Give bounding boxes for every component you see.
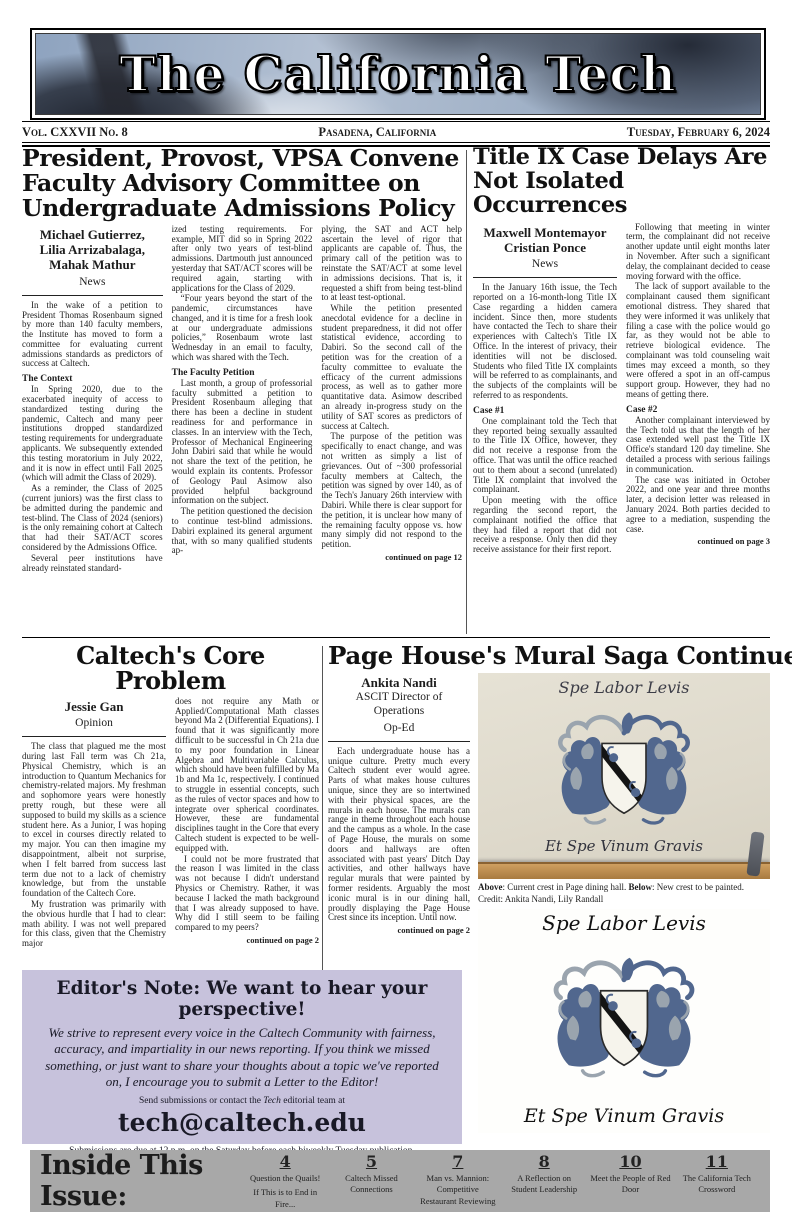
- crest-motto-top: Spe Labor Levis: [478, 678, 770, 697]
- inside-page-number: 7: [418, 1152, 498, 1171]
- article-paragraph: The purpose of the petition was specific…: [321, 432, 462, 550]
- mural-headline: Page House's Mural Saga Continues: [328, 643, 770, 669]
- article-admissions: President, Provost, VPSA Convene Faculty…: [22, 146, 462, 637]
- article-paragraph: The petition questioned the decision to …: [172, 507, 313, 556]
- caption-above-text: : Current crest in Page dining hall.: [503, 882, 629, 892]
- editors-note-title: Editor's Note: We want to hear your pers…: [36, 978, 448, 1020]
- titleix-continued: continued on page 3: [626, 536, 770, 546]
- inside-item: 7 Man vs. Mannion: Competitive Restauran…: [415, 1152, 501, 1209]
- masthead-palm-photo: The California Tech: [35, 33, 761, 115]
- masthead: The California Tech: [30, 28, 766, 120]
- article-core-problem: Caltech's Core Problem Jessie Gan Opinio…: [22, 643, 319, 989]
- inside-page-number: 10: [590, 1152, 670, 1171]
- contact-tech-name: Tech: [263, 1096, 281, 1106]
- page-house-crest-photo: Spe Labor Levis Et Spe Vinum Gravis: [478, 673, 770, 879]
- contact-suffix: editorial team at: [281, 1096, 345, 1106]
- admissions-col3: plying, the SAT and ACT help ascertain t…: [321, 225, 462, 637]
- inside-item: 8 A Reflection on Student Leadership: [501, 1152, 587, 1209]
- article-paragraph: The case was initiated in October 2022, …: [626, 476, 770, 535]
- article-paragraph: Last month, a group of professorial facu…: [172, 379, 313, 506]
- article-paragraph: The class that plagued me the most durin…: [22, 742, 166, 899]
- article-paragraph: In the wake of a petition to President T…: [22, 301, 163, 370]
- admissions-authors: Michael Gutierrez, Lilia Arrizabalaga, M…: [26, 227, 159, 273]
- core-byline: Jessie Gan Opinion: [22, 697, 166, 737]
- crest-illustration: [478, 937, 770, 1097]
- article-paragraph: “Four years beyond the start of the pand…: [172, 294, 313, 363]
- editors-note-box: Editor's Note: We want to hear your pers…: [22, 970, 462, 1144]
- inside-item-title: The California Tech Crossword: [677, 1173, 757, 1195]
- core-col2: does not require any Math or Applied/Com…: [175, 697, 319, 989]
- caption-above-label: Above: [478, 882, 503, 892]
- crest-motto-bottom: Et Spe Vinum Gravis: [478, 1105, 770, 1127]
- inside-items: 4 Question the Quails! If This is to End…: [242, 1152, 760, 1209]
- titleix-headline: Title IX Case Delays Are Not Isolated Oc…: [473, 146, 770, 218]
- inside-item-subtitle: If This is to End in Fire...: [245, 1187, 325, 1209]
- editors-note-contact-line: Send submissions or contact the Tech edi…: [36, 1096, 448, 1106]
- photo-caption: Above: Current crest in Page dining hall…: [478, 882, 770, 905]
- core-continued: continued on page 2: [175, 935, 319, 945]
- admissions-section: News: [26, 276, 159, 288]
- article-paragraph: My frustration was primarily with the ob…: [22, 900, 166, 949]
- inside-item-title: Question the Quails!: [245, 1173, 325, 1184]
- crest-motto-bottom: Et Spe Vinum Gravis: [478, 837, 770, 855]
- publication-date: Tuesday, February 6, 2024: [627, 125, 770, 140]
- section-divider: [22, 637, 770, 638]
- core-col1: Jessie Gan Opinion The class that plague…: [22, 697, 166, 989]
- admissions-subhead-context: The Context: [22, 374, 163, 384]
- inside-page-number: 11: [677, 1152, 757, 1171]
- crest-illustration: [478, 693, 770, 843]
- new-crest-drawing: Spe Labor Levis Et Spe Vinum Gravis: [478, 909, 770, 1133]
- titleix-col2: Following that meeting in winter term, t…: [626, 223, 770, 647]
- inside-page-number: 8: [504, 1152, 584, 1171]
- titleix-section: News: [477, 258, 613, 270]
- article-paragraph: does not require any Math or Applied/Com…: [175, 697, 319, 854]
- inside-item-title: Caltech Missed Connections: [331, 1173, 411, 1195]
- contact-prefix: Send submissions or contact the: [139, 1096, 263, 1106]
- newspaper-page: The California Tech Vol. CXXVII No. 8 Pa…: [0, 0, 792, 1224]
- inside-item-title: A Reflection on Student Leadership: [504, 1173, 584, 1195]
- article-paragraph: Each undergraduate house has a unique cu…: [328, 747, 470, 923]
- inside-issue-label: Inside This Issue:: [40, 1150, 242, 1212]
- inside-item: 5 Caltech Missed Connections: [328, 1152, 414, 1209]
- article-paragraph: In Spring 2020, due to the exacerbated i…: [22, 385, 163, 483]
- mural-media-column: Spe Labor Levis Et Spe Vinum Gravis Abov…: [478, 673, 770, 1133]
- article-titleix: Title IX Case Delays Are Not Isolated Oc…: [473, 146, 770, 647]
- admissions-byline: Michael Gutierrez, Lilia Arrizabalaga, M…: [22, 225, 163, 296]
- inside-this-issue-bar: Inside This Issue: 4 Question the Quails…: [30, 1150, 770, 1212]
- article-paragraph: I could not be more frustrated that the …: [175, 855, 319, 933]
- newspaper-title: The California Tech: [119, 50, 676, 99]
- caption-below-text: : New crest to be painted.: [652, 882, 744, 892]
- inside-page-number: 5: [331, 1152, 411, 1171]
- mural-author: Ankita Nandi: [332, 675, 466, 690]
- caption-credit: Credit: Ankita Nandi, Lily Randall: [478, 894, 603, 904]
- titleix-byline: Maxwell Montemayor Cristian Ponce News: [473, 223, 617, 279]
- column-divider: [322, 646, 323, 1004]
- titleix-authors: Maxwell Montemayor Cristian Ponce: [477, 225, 613, 256]
- titleix-col1: Maxwell Montemayor Cristian Ponce News I…: [473, 223, 617, 647]
- article-paragraph: In the January 16th issue, the Tech repo…: [473, 283, 617, 401]
- article-paragraph: plying, the SAT and ACT help ascertain t…: [321, 225, 462, 303]
- inside-item-title: Man vs. Mannion: Competitive Restaurant …: [418, 1173, 498, 1206]
- titleix-subhead-case2: Case #2: [626, 405, 770, 415]
- inside-page-number: 4: [245, 1152, 325, 1171]
- core-section: Opinion: [26, 717, 162, 729]
- wooden-shelf: [478, 862, 770, 879]
- mural-byline: Ankita Nandi ASCIT Director of Operation…: [328, 673, 470, 742]
- article-paragraph: Another complainant interviewed by the T…: [626, 416, 770, 475]
- dateline: Vol. CXXVII No. 8 Pasadena, California T…: [22, 121, 770, 141]
- mural-author-role: ASCIT Director of Operations: [332, 691, 466, 719]
- article-paragraph: Upon meeting with the office regarding t…: [473, 496, 617, 555]
- mural-continued: continued on page 2: [328, 925, 470, 935]
- article-paragraph: Following that meeting in winter term, t…: [626, 223, 770, 282]
- article-paragraph: ized testing requirements. For example, …: [172, 225, 313, 294]
- article-paragraph: As a reminder, the Class of 2025 (curren…: [22, 484, 163, 553]
- mural-text-column: Ankita Nandi ASCIT Director of Operation…: [328, 673, 470, 1013]
- publication-location: Pasadena, California: [318, 125, 436, 140]
- inside-item: 4 Question the Quails! If This is to End…: [242, 1152, 328, 1209]
- article-paragraph: While the petition presented anecdotal e…: [321, 304, 462, 431]
- caption-below-label: Below: [628, 882, 652, 892]
- admissions-col1: Michael Gutierrez, Lilia Arrizabalaga, M…: [22, 225, 163, 637]
- editors-note-body: We strive to represent every voice in th…: [36, 1025, 448, 1090]
- titleix-subhead-case1: Case #1: [473, 406, 617, 416]
- inside-item: 10 Meet the People of Red Door: [587, 1152, 673, 1209]
- article-paragraph: The lack of support available to the com…: [626, 282, 770, 400]
- column-divider: [466, 150, 467, 634]
- article-paragraph: One complainant told the Tech that they …: [473, 417, 617, 495]
- inside-item-title: Meet the People of Red Door: [590, 1173, 670, 1195]
- article-paragraph: Several peer institutions have already r…: [22, 554, 163, 574]
- mural-section: Op-Ed: [332, 722, 466, 734]
- core-author: Jessie Gan: [26, 699, 162, 714]
- admissions-subhead-petition: The Faculty Petition: [172, 368, 313, 378]
- core-headline: Caltech's Core Problem: [22, 643, 319, 694]
- volume-number: Vol. CXXVII No. 8: [22, 125, 128, 140]
- admissions-continued: continued on page 12: [321, 552, 462, 562]
- editorial-email: tech@caltech.edu: [36, 1108, 448, 1137]
- crest-motto-top: Spe Labor Levis: [478, 911, 770, 935]
- admissions-col2: ized testing requirements. For example, …: [172, 225, 313, 637]
- admissions-headline: President, Provost, VPSA Convene Faculty…: [22, 146, 462, 221]
- inside-item: 11 The California Tech Crossword: [674, 1152, 760, 1209]
